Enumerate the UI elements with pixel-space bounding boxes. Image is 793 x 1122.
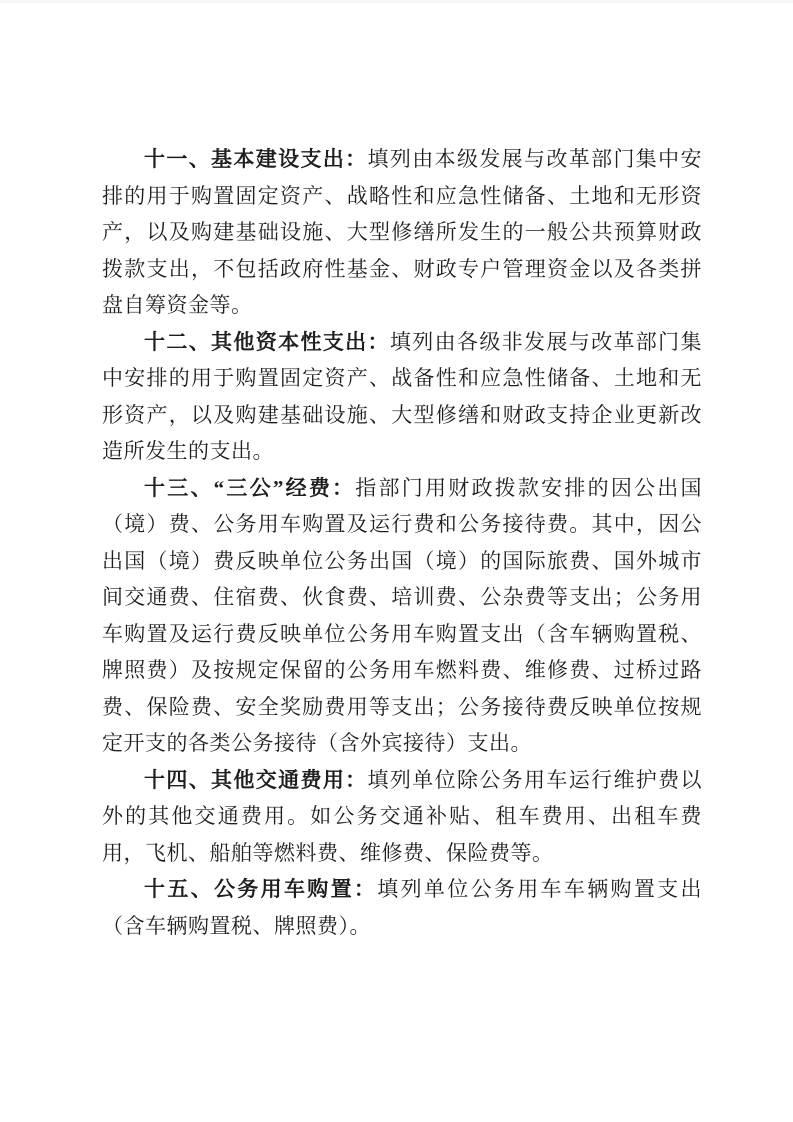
paragraph-13-body: 指部门用财政拨款安排的因公出国（境）费、公务用车购置及运行费和公务接待费。其中，… <box>102 476 702 756</box>
paragraph-13-three-public-expenses: 十三、“三公”经费：指部门用财政拨款安排的因公出国（境）费、公务用车购置及运行费… <box>102 470 702 762</box>
page-top-edge <box>0 0 793 3</box>
document-text-block: 十一、基本建设支出：填列由本级发展与改革部门集中安排的用于购置固定资产、战略性和… <box>102 141 702 944</box>
paragraph-15-official-vehicle-purchase: 十五、公务用车购置：填列单位公务用车车辆购置支出（含车辆购置税、牌照费）。 <box>102 871 702 944</box>
paragraph-14-label: 十四、其他交通费用： <box>144 768 368 792</box>
document-page: 十一、基本建设支出：填列由本级发展与改革部门集中安排的用于购置固定资产、战略性和… <box>0 0 793 1122</box>
paragraph-11-basic-construction: 十一、基本建设支出：填列由本级发展与改革部门集中安排的用于购置固定资产、战略性和… <box>102 141 702 324</box>
paragraph-11-body: 填列由本级发展与改革部门集中安排的用于购置固定资产、战略性和应急性储备、土地和无… <box>102 147 702 317</box>
paragraph-12-label: 十二、其他资本性支出： <box>144 330 390 354</box>
paragraph-12-other-capital-expenditure: 十二、其他资本性支出：填列由各级非发展与改革部门集中安排的用于购置固定资产、战备… <box>102 324 702 470</box>
paragraph-13-label: 十三、“三公”经费： <box>144 476 355 500</box>
paragraph-11-label: 十一、基本建设支出： <box>144 147 368 171</box>
paragraph-15-label: 十五、公务用车购置： <box>144 877 377 901</box>
paragraph-14-other-transport-costs: 十四、其他交通费用：填列单位除公务用车运行维护费以外的其他交通费用。如公务交通补… <box>102 762 702 872</box>
